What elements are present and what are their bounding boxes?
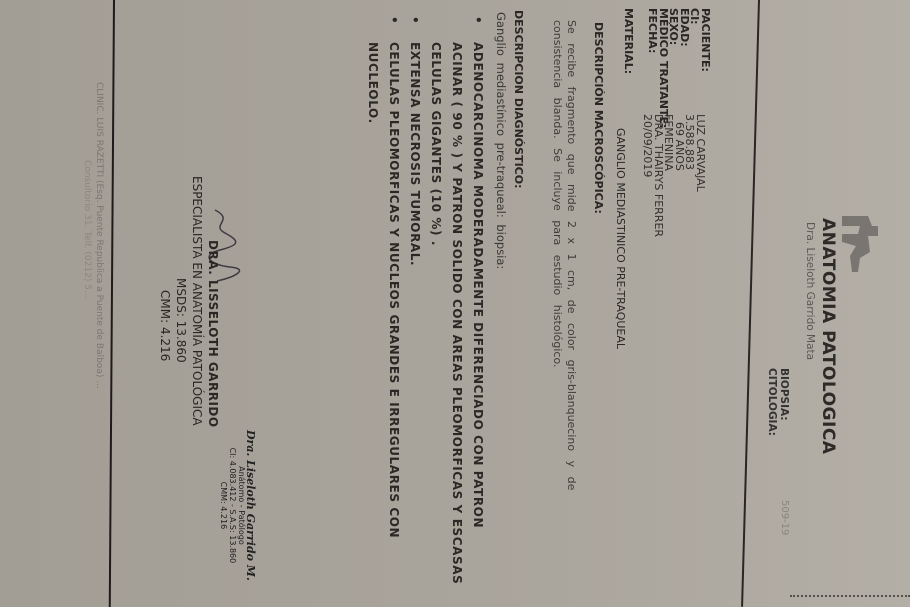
doctor-subtitle: Dra. Liseloth Garrido Mata — [804, 222, 816, 360]
diagnosis-line: ACINAR ( 90 % ) Y PATRON SOLIDO CON AREA… — [450, 42, 464, 584]
perforation-dots — [790, 595, 910, 603]
footer-address: CLINIC. LUIS RAZETTI (Esq. Puente Republ… — [94, 82, 104, 389]
bullet-icon: • — [404, 16, 425, 42]
diagnosis-heading: DESCRIPCION DIAGNÓSTICO: — [512, 10, 525, 188]
patient-values: LUZ CARVAJAL 3.588.883 69 AÑOS FEMENINA … — [642, 114, 705, 237]
biopsy-number: 509-19 — [779, 500, 790, 535]
macro-line-1: Se recibe fragmento que mide 2 x 1 cm, d… — [564, 20, 578, 490]
label-edad: EDAD: — [679, 8, 690, 128]
value-medico: DRA. THAIRYS FERRER — [653, 114, 664, 237]
stamp-cmm: CMM: 4.216 — [219, 430, 228, 581]
lab-microscope-logo-icon — [836, 212, 882, 276]
biopsia-label: BIOPSIA: — [778, 368, 790, 436]
diagnosis-line: ADENOCARCINOMA MODERADAMENTE DIFERENCIAD… — [471, 42, 485, 528]
macro-description: Se recibe fragmento que mide 2 x 1 cm, d… — [550, 20, 578, 490]
patient-labels: PACIENTE: CI: EDAD: SEXO: MÉDICO TRATANT… — [647, 8, 710, 128]
diagnosis-list: •ADENOCARCINOMA MODERADAMENTE DIFERENCIA… — [362, 16, 488, 584]
stamp-ids: CI: 4.083.412 - S.A.S: 13.860 — [228, 430, 237, 581]
diagnosis-item: •ADENOCARCINOMA MODERADAMENTE DIFERENCIA… — [425, 16, 488, 584]
header-divider — [741, 0, 760, 607]
stamp-name: Dra. Liseloth Garrido M. — [246, 430, 255, 581]
label-medico: MÉDICO TRATANTE: — [658, 8, 669, 128]
value-paciente: LUZ CARVAJAL — [695, 114, 706, 237]
bullet-icon: • — [467, 16, 488, 42]
signer-msds: MSDS: 13.860 — [174, 278, 188, 363]
signer-cmm: CMM: 4.216 — [158, 290, 172, 361]
macro-line-2: consistencia blanda. Se incluye para est… — [550, 20, 564, 490]
citologia-label: CITOLOGIA: — [766, 368, 778, 436]
value-edad: 69 AÑOS — [674, 114, 685, 237]
bullet-icon: • — [383, 16, 404, 42]
doctor-stamp: Dra. Liseloth Garrido M. Anátomo - Patól… — [219, 430, 255, 581]
footer-phone: Consultorio 31. Telf. (0212) 5... — [82, 160, 92, 299]
biopsy-cytology-labels: BIOPSIA: CITOLOGIA: — [766, 368, 790, 436]
diagnosis-item: •CELULAS PLEOMORFICAS Y NUCLEOS GRANDES … — [362, 16, 404, 584]
diagnosis-intro: Ganglio mediastínico pre-traqueal: biops… — [494, 12, 508, 269]
material-label: MATERIAL: — [622, 8, 635, 74]
footer-divider — [109, 0, 115, 607]
pathology-report-page: ANATOMIA PATOLOGICA Dra. Liseloth Garrid… — [0, 0, 910, 607]
diagnosis-line: EXTENSA NECROSIS TUMORAL. — [408, 42, 422, 266]
diagnosis-line: NUCLEOLO. — [366, 42, 380, 124]
diagnosis-item: •EXTENSA NECROSIS TUMORAL. — [404, 16, 425, 584]
signer-specialty: ESPECIALISTA EN ANATOMÍA PATOLÓGICA — [190, 176, 204, 426]
diagnosis-line: CELULAS GIGANTES (10 %) . — [429, 42, 443, 246]
signer-name: DRA. LISSELOTH GARRIDO — [206, 240, 220, 428]
label-fecha: FECHA: — [647, 8, 658, 128]
report-title: ANATOMIA PATOLOGICA — [818, 218, 838, 454]
diagnosis-line: CELULAS PLEOMORFICAS Y NUCLEOS GRANDES E… — [387, 42, 401, 538]
macro-heading: DESCRIPCIÓN MACROSCÓPICA: — [592, 22, 605, 214]
label-paciente: PACIENTE: — [700, 8, 711, 128]
value-fecha: 20/09/2019 — [642, 114, 653, 237]
material-value: GANGLIO MEDIASTINICO PRE-TRAQUEAL — [614, 128, 627, 349]
